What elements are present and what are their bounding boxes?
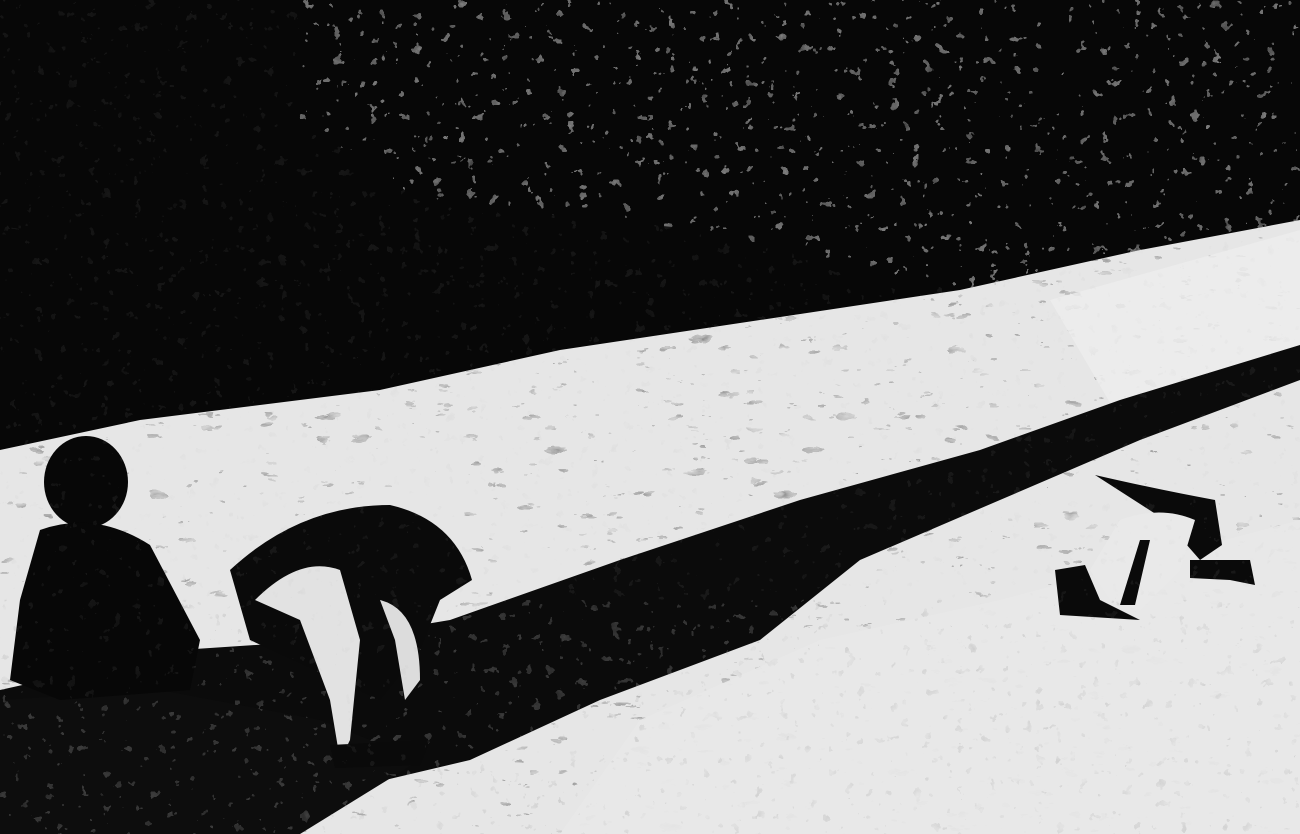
photograph bbox=[0, 0, 1300, 834]
photo-canvas bbox=[0, 0, 1300, 834]
film-grain bbox=[0, 0, 1300, 834]
